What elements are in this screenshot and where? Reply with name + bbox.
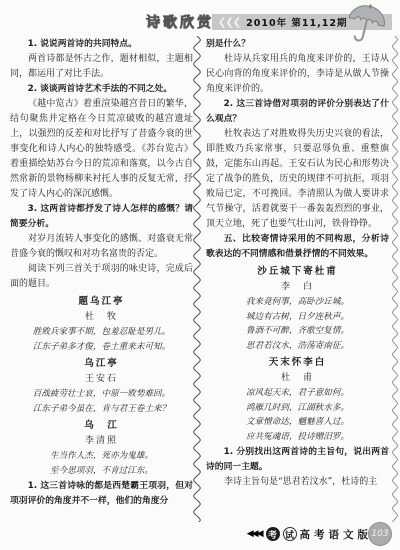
right-column: 别是什么？ 杜诗从兵家用兵的角度来评价的，王诗从民心向背的角度来评价的，李诗是从… [206,37,389,490]
question-2: 2. 谈谈两首诗艺术手法的不同之处。 [10,82,193,97]
footer-label: 高考语文版 [300,527,373,542]
answer-1: 两首诗都是怀古之作，题材相似，主题相同，都运用了对比手法。 [10,52,193,82]
poem-shaqiucheng: 沙丘城下寄杜甫 李 白 我来竟何事，高卧沙丘城。 城边有古树，日夕连秋声。 鲁酒… [206,264,389,353]
poem-title: 题乌江亭 [10,294,193,310]
poem-line: 百战疲劳壮士哀，中原一败势难回。 [10,387,193,402]
poem-author: 杜 甫 [206,371,389,386]
poem-tianmohuailibai: 天末怀李白 杜 甫 凉风起天末，君子意如何。 鸿雁几时到，江湖秋水多。 文章憎命… [206,355,389,444]
magazine-page: 诗歌欣赏 ❮❮❮ 2010年 第11,12期 [0,0,400,550]
poem-line: 鲁酒不可醉，齐歌空复情。 [206,324,389,339]
poem-line: 鸿雁几时到，江湖秋水多。 [206,401,389,416]
footer-arrows-icon: ◀◀◀ [247,529,262,539]
poem-line: 文章憎命达，魑魅喜人过。 [206,415,389,430]
poem-author: 李清照 [10,434,193,449]
question-5: 2. 这三首诗借对项羽的评价分别表达了什么观点？ [206,97,389,127]
poem-title: 沙丘城下寄杜甫 [206,264,389,280]
poem-line: 至今思项羽，不肯过江东。 [10,464,193,479]
answer-5: 杜牧表达了对胜败得失历史兴衰的看法，即胜败乃兵家常事，只要忍辱负重、重整旗鼓，定… [206,127,389,232]
exam-badge-dark: 考 [266,527,280,541]
section-heading-5: 五、比较寄情诗采用的不同构思，分析诗歌表达的不同情感和借景抒情的不同效果。 [206,232,389,262]
page-number-badge: 103 [368,522,392,546]
poem-line: 凉风起天末，君子意如何。 [206,386,389,401]
poem-author: 杜 牧 [10,310,193,325]
poem-line: 我来竟何事，高卧沙丘城。 [206,295,389,310]
issue-label: 2010年 第11,12期 [246,15,347,29]
question-4-continued: 别是什么？ [206,37,389,52]
chevrons-icon: ❮❮❮ [218,17,240,28]
poem-author: 李 白 [206,280,389,295]
footer: ◀◀◀ 考 试 高考语文版 103 [247,522,392,546]
poem-line: 胜败兵家事不期，包羞忍耻是男儿。 [10,325,193,340]
poem-line: 江东子弟多才俊，卷土重来未可知。 [10,340,193,355]
answer-3: 对岁月流转人事变化的感慨、对盛衰无常昔盛今衰的慨叹和对功名富贵的否定。 [10,232,193,262]
answer-2: 《越中览古》着重渲染越宫昔日的繁华，结句聚焦并定格在今日荒凉破败的越宫遗址上，以… [10,97,193,202]
poem-tiwujiangting: 题乌江亭 杜 牧 胜败兵家事不期，包羞忍耻是男儿。 江东子弟多才俊，卷土重来未可… [10,294,193,354]
page-edge-squiggle [391,36,399,526]
question-6: 1. 分别找出这两首诗的主旨句，说出两首诗的同一主题。 [206,445,389,475]
poem-line: 生当作人杰，死亦为鬼雄。 [10,449,193,464]
poem-wujiangting: 乌江亭 王安石 百战疲劳壮士哀，中原一败势难回。 江东子弟今虽在，肯与君王卷土来… [10,356,193,416]
question-3: 3. 这两首诗都抒发了诗人怎样的感慨？请简要分析。 [10,202,193,232]
poem-line: 应共冤魂语，投诗赠汨罗。 [206,430,389,445]
poem-title: 天末怀李白 [206,355,389,371]
left-column: 1. 说说两首诗的共同特点。 两首诗都是怀古之作，题材相似，主题相同，都运用了对… [10,37,193,509]
reading-instruction: 阅读下列三首关于项羽的咏史诗，完成后面的题目。 [10,262,193,292]
column-divider-squiggle [192,36,202,526]
question-1: 1. 说说两首诗的共同特点。 [10,37,193,52]
poem-title: 乌 江 [10,418,193,434]
poem-author: 王安石 [10,372,193,387]
masthead-title: 诗歌欣赏 [146,12,214,32]
poem-wujiang: 乌 江 李清照 生当作人杰，死亦为鬼雄。 至今思项羽，不肯过江东。 [10,418,193,478]
poem-line: 江东子弟今虽在，肯与君王卷土来？ [10,402,193,417]
answer-6: 李诗主旨句是“思君若汶水”，杜诗的主 [206,475,389,490]
answer-4: 杜诗从兵家用兵的角度来评价的，王诗从民心向背的角度来评价的，李诗是从做人节操角度… [206,52,389,97]
poem-line: 城边有古树，日夕连秋声。 [206,310,389,325]
exam-badge-light: 试 [283,527,297,541]
question-4: 1. 这三首诗咏的都是西楚霸王项羽，但对项羽评价的角度并不一样，他们的角度分 [10,479,193,509]
poem-line: 思君若汶水，浩荡寄南征。 [206,339,389,354]
poem-title: 乌江亭 [10,356,193,372]
